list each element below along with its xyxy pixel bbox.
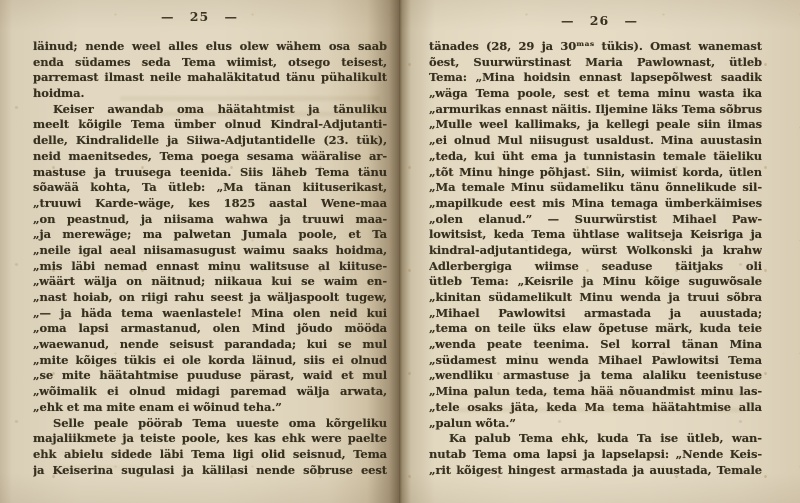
text-line: „mapilkude eest mis Mina temaga ümberkäi… bbox=[429, 196, 762, 212]
text-line: „palun wõta.” bbox=[429, 416, 762, 432]
page-header: — 26 — bbox=[399, 13, 800, 28]
text-line: majaliikmete ja teiste poole, kes kas eh… bbox=[33, 431, 387, 447]
text-line: „Mina palun teda, tema hää nõuandmist mi… bbox=[429, 384, 762, 400]
text-line: Selle peale pöörab Tema uueste oma kõrge… bbox=[33, 416, 387, 432]
text-line: õest, Suurwürstinast Maria Pawlownast, ü… bbox=[429, 55, 762, 71]
book-spread: — 25 — läinud; nende weel alles elus ole… bbox=[0, 0, 800, 503]
text-line: sõawää kohta, Ta ütleb: „Ma tänan kiitus… bbox=[33, 180, 387, 196]
text-line: „mis läbi nemad ennast minu walitsuse al… bbox=[33, 259, 387, 275]
text-line: „wäärt wälja on näitnud; niikaua kui se … bbox=[33, 274, 387, 290]
text-line: hoidma. bbox=[33, 86, 387, 102]
text-line: tänades (28, 29 ja 30ᵐᵃˢ tükis). Omast w… bbox=[429, 39, 762, 55]
text-line: ja Keiserina sugulasi ja kälilasi nende … bbox=[33, 463, 387, 479]
text-line: kindral-adjutantidega, würst Wolkonski j… bbox=[429, 243, 762, 259]
text-line: „truuwi Karde-wäge, kes 1825 aastal Wene… bbox=[33, 196, 387, 212]
text-line: „wõimalik ei olnud midagi paremad wälja … bbox=[33, 384, 387, 400]
text-line: „— ja häda tema waenlastele! Mina olen n… bbox=[33, 306, 387, 322]
text-line: „Mulle weel kallimaks, ja kellegi peale … bbox=[429, 117, 762, 133]
text-line: Adlerbergiga wiimse seaduse täitjaks oli… bbox=[429, 259, 762, 275]
text-line: „kinitan südamelikult Minu wenda ja truu… bbox=[429, 290, 762, 306]
text-line: „wäga Tema poole, sest et tema minu wast… bbox=[429, 86, 762, 102]
text-line: „ehk et ma mite enam ei wõinud teha.” bbox=[33, 400, 387, 416]
text-line: „oma lapsi armastanud, olen Mind jõudo m… bbox=[33, 321, 387, 337]
text-line: mastuse ja truusega teenida. Siis läheb … bbox=[33, 165, 387, 181]
text-line: „rit kõigest hingest armastada ja auusta… bbox=[429, 463, 762, 479]
text-line: lowitsist, keda Tema ühtlase walitseja K… bbox=[429, 227, 762, 243]
page-header: — 25 — bbox=[0, 9, 399, 24]
text-line: „mite kõiges tükis ei ole korda läinud, … bbox=[33, 353, 387, 369]
text-line: „ei olnud Mul niisugust usaldust. Mina a… bbox=[429, 133, 762, 149]
text-column: läinud; nende weel alles elus olew wähem… bbox=[33, 39, 387, 478]
text-line: parremast ilmast neile mahaläkitatud tän… bbox=[33, 70, 387, 86]
text-line: Ka palub Tema ehk, kuda Ta ise ütleb, wa… bbox=[429, 431, 762, 447]
text-line: „Mihael Pawlowitsi armastada ja auustada… bbox=[429, 306, 762, 322]
text-column: tänades (28, 29 ja 30ᵐᵃˢ tükis). Omast w… bbox=[429, 39, 762, 478]
text-line: „waewanud, nende seisust parandada; kui … bbox=[33, 337, 387, 353]
text-line: „neile igal aeal niisamasugust waimu saa… bbox=[33, 243, 387, 259]
text-line: „on peastnud, ja niisama wahwa ja truuwi… bbox=[33, 212, 387, 228]
text-line: delle, Kindralidelle ja Siiwa-Adjutantid… bbox=[33, 133, 387, 149]
text-line: „olen elanud.” — Suurwürstist Mihael Paw… bbox=[429, 212, 762, 228]
text-line: ütleb Tema: „Keisrile ja Minu kõige sugu… bbox=[429, 274, 762, 290]
text-line: nutab Tema oma lapsi ja lapselapsi: „Nen… bbox=[429, 447, 762, 463]
text-line: Tema: „Mina hoidsin ennast lapsepõlwest … bbox=[429, 70, 762, 86]
text-line: „südamest minu wenda Mihael Pawlowitsi T… bbox=[429, 353, 762, 369]
text-line: „se mite häätahtmise puuduse pärast, wai… bbox=[33, 368, 387, 384]
text-line: Keiser awandab oma häätahtmist ja tänuli… bbox=[33, 102, 387, 118]
text-line: „nast hoiab, on riigi rahu seest ja wälj… bbox=[33, 290, 387, 306]
text-line: „tõt Minu hinge põhjast. Siin, wiimist k… bbox=[429, 165, 762, 181]
text-line: meelt kõigile Tema ümber olnud Kindral-A… bbox=[33, 117, 387, 133]
text-line: läinud; nende weel alles elus olew wähem… bbox=[33, 39, 387, 55]
text-line: „tele osaks jäta, keda Ma tema häätahtmi… bbox=[429, 400, 762, 416]
text-line: neid maenitsedes, Tema poega sesama wäär… bbox=[33, 149, 387, 165]
text-line: enda südames seda Tema wiimist, otsego t… bbox=[33, 55, 387, 71]
text-line: „wenda peate teenima. Sel korral tänan M… bbox=[429, 337, 762, 353]
text-line: „tema on teile üks elaw õpetuse märk, ku… bbox=[429, 321, 762, 337]
text-line: „ja merewäge; ma palwetan Jumala poole, … bbox=[33, 227, 387, 243]
page-right: — 26 — tänades (28, 29 ja 30ᵐᵃˢ tükis). … bbox=[399, 0, 800, 503]
text-line: ehk abielu sidede läbi Tema ligi olid se… bbox=[33, 447, 387, 463]
text-line: „Ma temale Minu südameliku tänu õnneliku… bbox=[429, 180, 762, 196]
text-line: „wendliku armastuse ja tema alaliku teen… bbox=[429, 368, 762, 384]
text-line: „armurikas ennast näitis. Iljemine läks … bbox=[429, 102, 762, 118]
text-line: „teda, kui üht ema ja tunnistasin temale… bbox=[429, 149, 762, 165]
page-left: — 25 — läinud; nende weel alles elus ole… bbox=[0, 0, 399, 503]
